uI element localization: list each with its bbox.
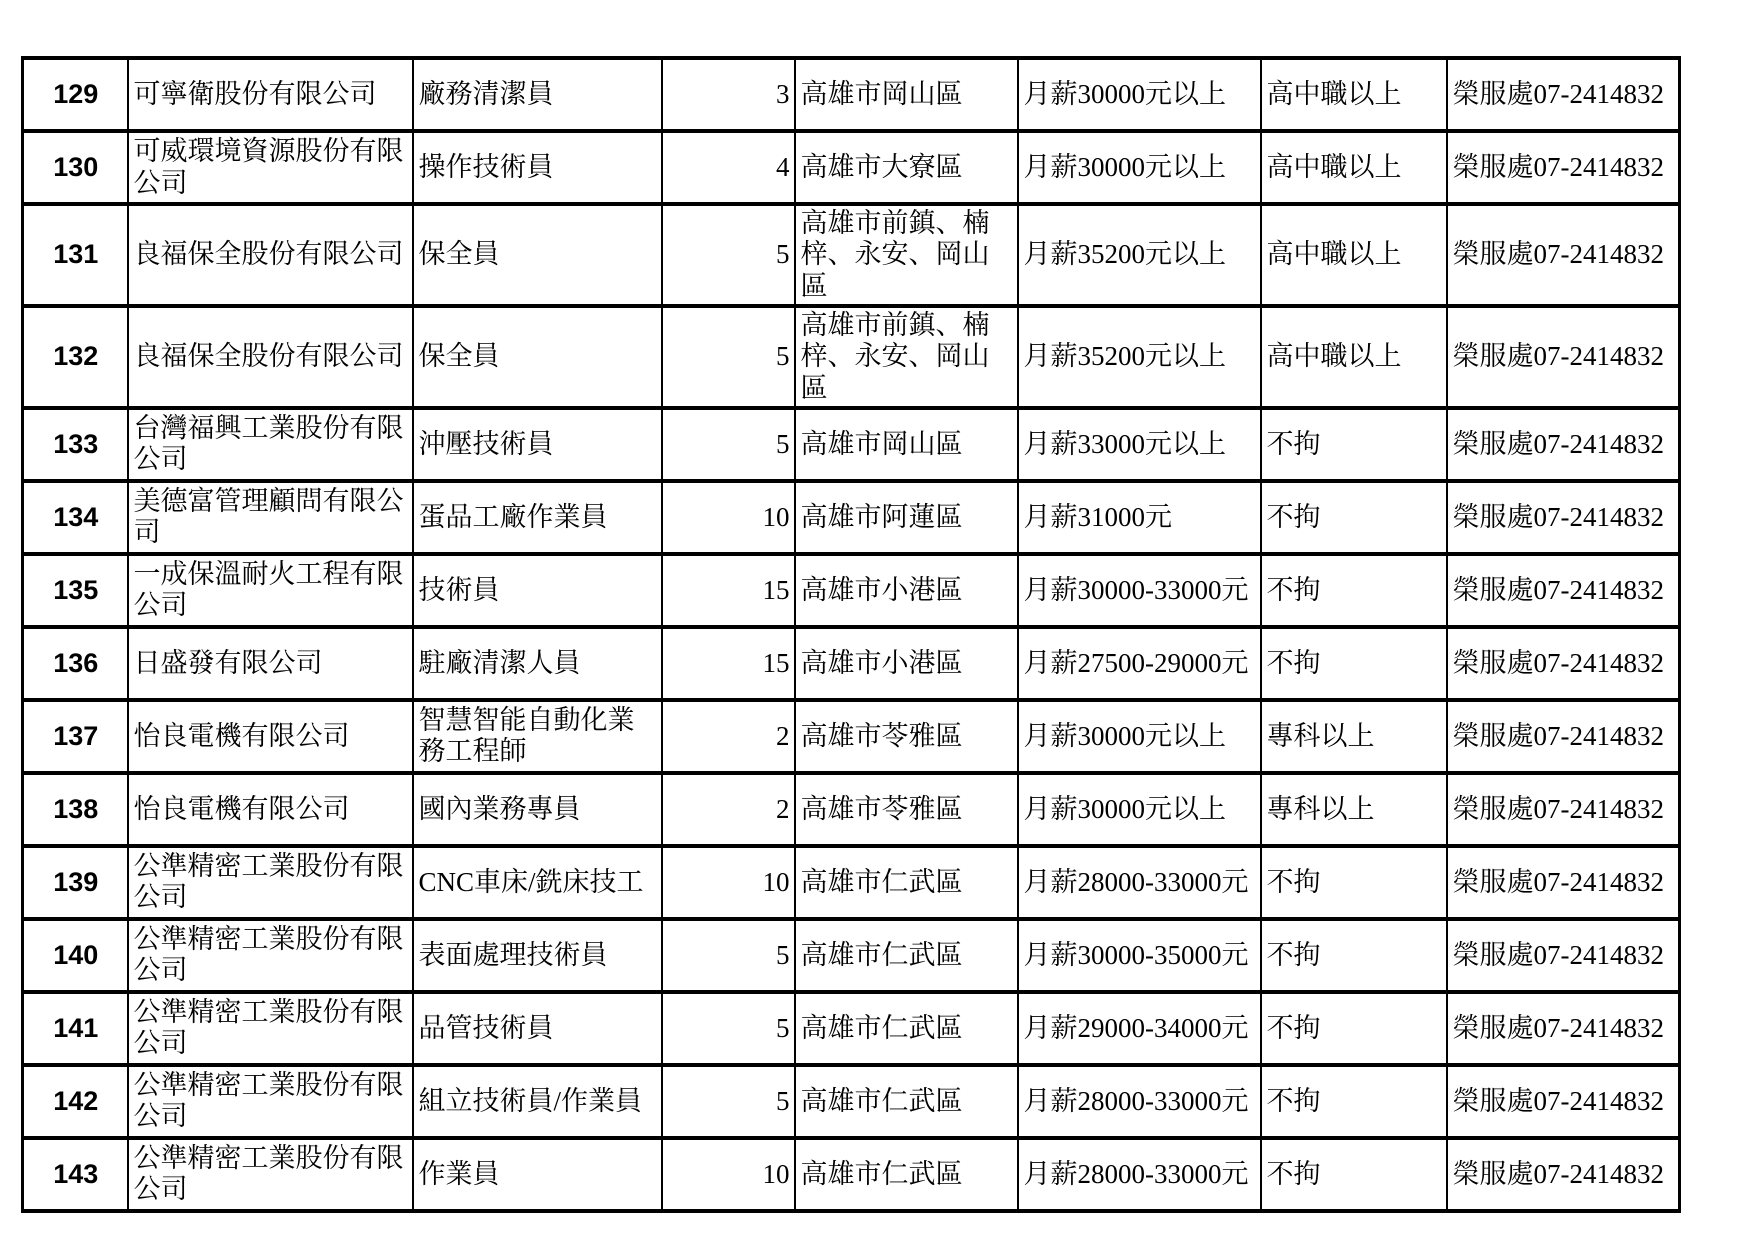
job-title: CNC車床/銑床技工	[413, 846, 662, 919]
document-page: 129可寧衛股份有限公司廠務清潔員3高雄市岡山區月薪30000元以上高中職以上榮…	[0, 0, 1754, 1241]
job-title: 品管技術員	[413, 992, 662, 1065]
job-title: 廠務清潔員	[413, 58, 662, 131]
salary: 月薪28000-33000元	[1018, 846, 1261, 919]
education-requirement: 高中職以上	[1261, 58, 1447, 131]
education-requirement: 不拘	[1261, 554, 1447, 627]
table-row: 140公準精密工業股份有限公司表面處理技術員5高雄市仁武區月薪30000-350…	[23, 919, 1680, 992]
salary: 月薪33000元以上	[1018, 408, 1261, 481]
contact-info: 榮服處07-2414832	[1447, 481, 1680, 554]
contact-info: 榮服處07-2414832	[1447, 1138, 1680, 1211]
company-name: 公準精密工業股份有限公司	[128, 1065, 413, 1138]
table-row: 137怡良電機有限公司智慧智能自動化業務工程師2高雄市苓雅區月薪30000元以上…	[23, 700, 1680, 773]
openings-count: 15	[662, 627, 795, 700]
row-number: 132	[23, 306, 128, 408]
education-requirement: 不拘	[1261, 992, 1447, 1065]
job-title: 保全員	[413, 204, 662, 306]
row-number: 130	[23, 131, 128, 204]
contact-info: 榮服處07-2414832	[1447, 554, 1680, 627]
openings-count: 5	[662, 1065, 795, 1138]
company-name: 良福保全股份有限公司	[128, 306, 413, 408]
openings-count: 2	[662, 700, 795, 773]
salary: 月薪30000元以上	[1018, 58, 1261, 131]
contact-info: 榮服處07-2414832	[1447, 627, 1680, 700]
table-row: 131良福保全股份有限公司保全員5高雄市前鎮、楠梓、永安、岡山區月薪35200元…	[23, 204, 1680, 306]
openings-count: 15	[662, 554, 795, 627]
salary: 月薪28000-33000元	[1018, 1138, 1261, 1211]
openings-count: 5	[662, 992, 795, 1065]
job-title: 駐廠清潔人員	[413, 627, 662, 700]
table-row: 143公準精密工業股份有限公司作業員10高雄市仁武區月薪28000-33000元…	[23, 1138, 1680, 1211]
education-requirement: 不拘	[1261, 846, 1447, 919]
work-location: 高雄市大寮區	[795, 131, 1018, 204]
row-number: 129	[23, 58, 128, 131]
row-number: 135	[23, 554, 128, 627]
job-title: 保全員	[413, 306, 662, 408]
company-name: 怡良電機有限公司	[128, 700, 413, 773]
contact-info: 榮服處07-2414832	[1447, 408, 1680, 481]
openings-count: 10	[662, 1138, 795, 1211]
row-number: 136	[23, 627, 128, 700]
work-location: 高雄市仁武區	[795, 846, 1018, 919]
work-location: 高雄市阿蓮區	[795, 481, 1018, 554]
job-listings-table: 129可寧衛股份有限公司廠務清潔員3高雄市岡山區月薪30000元以上高中職以上榮…	[21, 56, 1681, 1213]
openings-count: 10	[662, 481, 795, 554]
contact-info: 榮服處07-2414832	[1447, 919, 1680, 992]
work-location: 高雄市苓雅區	[795, 773, 1018, 846]
row-number: 137	[23, 700, 128, 773]
contact-info: 榮服處07-2414832	[1447, 700, 1680, 773]
row-number: 139	[23, 846, 128, 919]
education-requirement: 不拘	[1261, 627, 1447, 700]
education-requirement: 高中職以上	[1261, 204, 1447, 306]
job-title: 蛋品工廠作業員	[413, 481, 662, 554]
openings-count: 2	[662, 773, 795, 846]
openings-count: 10	[662, 846, 795, 919]
job-title: 技術員	[413, 554, 662, 627]
row-number: 140	[23, 919, 128, 992]
salary: 月薪28000-33000元	[1018, 1065, 1261, 1138]
work-location: 高雄市前鎮、楠梓、永安、岡山區	[795, 306, 1018, 408]
salary: 月薪30000元以上	[1018, 131, 1261, 204]
job-title: 國內業務專員	[413, 773, 662, 846]
contact-info: 榮服處07-2414832	[1447, 773, 1680, 846]
work-location: 高雄市仁武區	[795, 1065, 1018, 1138]
company-name: 怡良電機有限公司	[128, 773, 413, 846]
row-number: 131	[23, 204, 128, 306]
row-number: 134	[23, 481, 128, 554]
company-name: 公準精密工業股份有限公司	[128, 846, 413, 919]
contact-info: 榮服處07-2414832	[1447, 131, 1680, 204]
salary: 月薪30000元以上	[1018, 700, 1261, 773]
table-row: 133台灣福興工業股份有限公司沖壓技術員5高雄市岡山區月薪33000元以上不拘榮…	[23, 408, 1680, 481]
contact-info: 榮服處07-2414832	[1447, 204, 1680, 306]
education-requirement: 高中職以上	[1261, 306, 1447, 408]
row-number: 138	[23, 773, 128, 846]
table-row: 129可寧衛股份有限公司廠務清潔員3高雄市岡山區月薪30000元以上高中職以上榮…	[23, 58, 1680, 131]
company-name: 可寧衛股份有限公司	[128, 58, 413, 131]
openings-count: 5	[662, 408, 795, 481]
education-requirement: 不拘	[1261, 1065, 1447, 1138]
contact-info: 榮服處07-2414832	[1447, 58, 1680, 131]
company-name: 公準精密工業股份有限公司	[128, 919, 413, 992]
salary: 月薪35200元以上	[1018, 204, 1261, 306]
company-name: 美德富管理顧問有限公司	[128, 481, 413, 554]
row-number: 133	[23, 408, 128, 481]
education-requirement: 不拘	[1261, 1138, 1447, 1211]
company-name: 良福保全股份有限公司	[128, 204, 413, 306]
work-location: 高雄市仁武區	[795, 992, 1018, 1065]
table-row: 136日盛發有限公司駐廠清潔人員15高雄市小港區月薪27500-29000元不拘…	[23, 627, 1680, 700]
openings-count: 3	[662, 58, 795, 131]
education-requirement: 專科以上	[1261, 700, 1447, 773]
contact-info: 榮服處07-2414832	[1447, 306, 1680, 408]
work-location: 高雄市仁武區	[795, 1138, 1018, 1211]
work-location: 高雄市苓雅區	[795, 700, 1018, 773]
openings-count: 5	[662, 306, 795, 408]
row-number: 143	[23, 1138, 128, 1211]
job-title: 表面處理技術員	[413, 919, 662, 992]
education-requirement: 專科以上	[1261, 773, 1447, 846]
table-row: 132良福保全股份有限公司保全員5高雄市前鎮、楠梓、永安、岡山區月薪35200元…	[23, 306, 1680, 408]
contact-info: 榮服處07-2414832	[1447, 846, 1680, 919]
table-row: 134美德富管理顧問有限公司蛋品工廠作業員10高雄市阿蓮區月薪31000元不拘榮…	[23, 481, 1680, 554]
table-row: 142公準精密工業股份有限公司組立技術員/作業員5高雄市仁武區月薪28000-3…	[23, 1065, 1680, 1138]
company-name: 公準精密工業股份有限公司	[128, 1138, 413, 1211]
salary: 月薪27500-29000元	[1018, 627, 1261, 700]
salary: 月薪31000元	[1018, 481, 1261, 554]
contact-info: 榮服處07-2414832	[1447, 992, 1680, 1065]
work-location: 高雄市前鎮、楠梓、永安、岡山區	[795, 204, 1018, 306]
work-location: 高雄市小港區	[795, 554, 1018, 627]
table-row: 139公準精密工業股份有限公司CNC車床/銑床技工10高雄市仁武區月薪28000…	[23, 846, 1680, 919]
work-location: 高雄市小港區	[795, 627, 1018, 700]
contact-info: 榮服處07-2414832	[1447, 1065, 1680, 1138]
job-title: 作業員	[413, 1138, 662, 1211]
company-name: 一成保溫耐火工程有限公司	[128, 554, 413, 627]
education-requirement: 不拘	[1261, 919, 1447, 992]
openings-count: 4	[662, 131, 795, 204]
salary: 月薪35200元以上	[1018, 306, 1261, 408]
education-requirement: 高中職以上	[1261, 131, 1447, 204]
openings-count: 5	[662, 204, 795, 306]
work-location: 高雄市仁武區	[795, 919, 1018, 992]
company-name: 日盛發有限公司	[128, 627, 413, 700]
education-requirement: 不拘	[1261, 481, 1447, 554]
company-name: 公準精密工業股份有限公司	[128, 992, 413, 1065]
salary: 月薪30000-33000元	[1018, 554, 1261, 627]
openings-count: 5	[662, 919, 795, 992]
job-title: 智慧智能自動化業務工程師	[413, 700, 662, 773]
education-requirement: 不拘	[1261, 408, 1447, 481]
company-name: 可威環境資源股份有限公司	[128, 131, 413, 204]
work-location: 高雄市岡山區	[795, 58, 1018, 131]
row-number: 141	[23, 992, 128, 1065]
table-row: 130可威環境資源股份有限公司操作技術員4高雄市大寮區月薪30000元以上高中職…	[23, 131, 1680, 204]
salary: 月薪30000-35000元	[1018, 919, 1261, 992]
table-row: 135一成保溫耐火工程有限公司技術員15高雄市小港區月薪30000-33000元…	[23, 554, 1680, 627]
company-name: 台灣福興工業股份有限公司	[128, 408, 413, 481]
work-location: 高雄市岡山區	[795, 408, 1018, 481]
row-number: 142	[23, 1065, 128, 1138]
table-row: 138怡良電機有限公司國內業務專員2高雄市苓雅區月薪30000元以上專科以上榮服…	[23, 773, 1680, 846]
table-row: 141公準精密工業股份有限公司品管技術員5高雄市仁武區月薪29000-34000…	[23, 992, 1680, 1065]
salary: 月薪30000元以上	[1018, 773, 1261, 846]
job-title: 組立技術員/作業員	[413, 1065, 662, 1138]
salary: 月薪29000-34000元	[1018, 992, 1261, 1065]
job-title: 操作技術員	[413, 131, 662, 204]
job-title: 沖壓技術員	[413, 408, 662, 481]
